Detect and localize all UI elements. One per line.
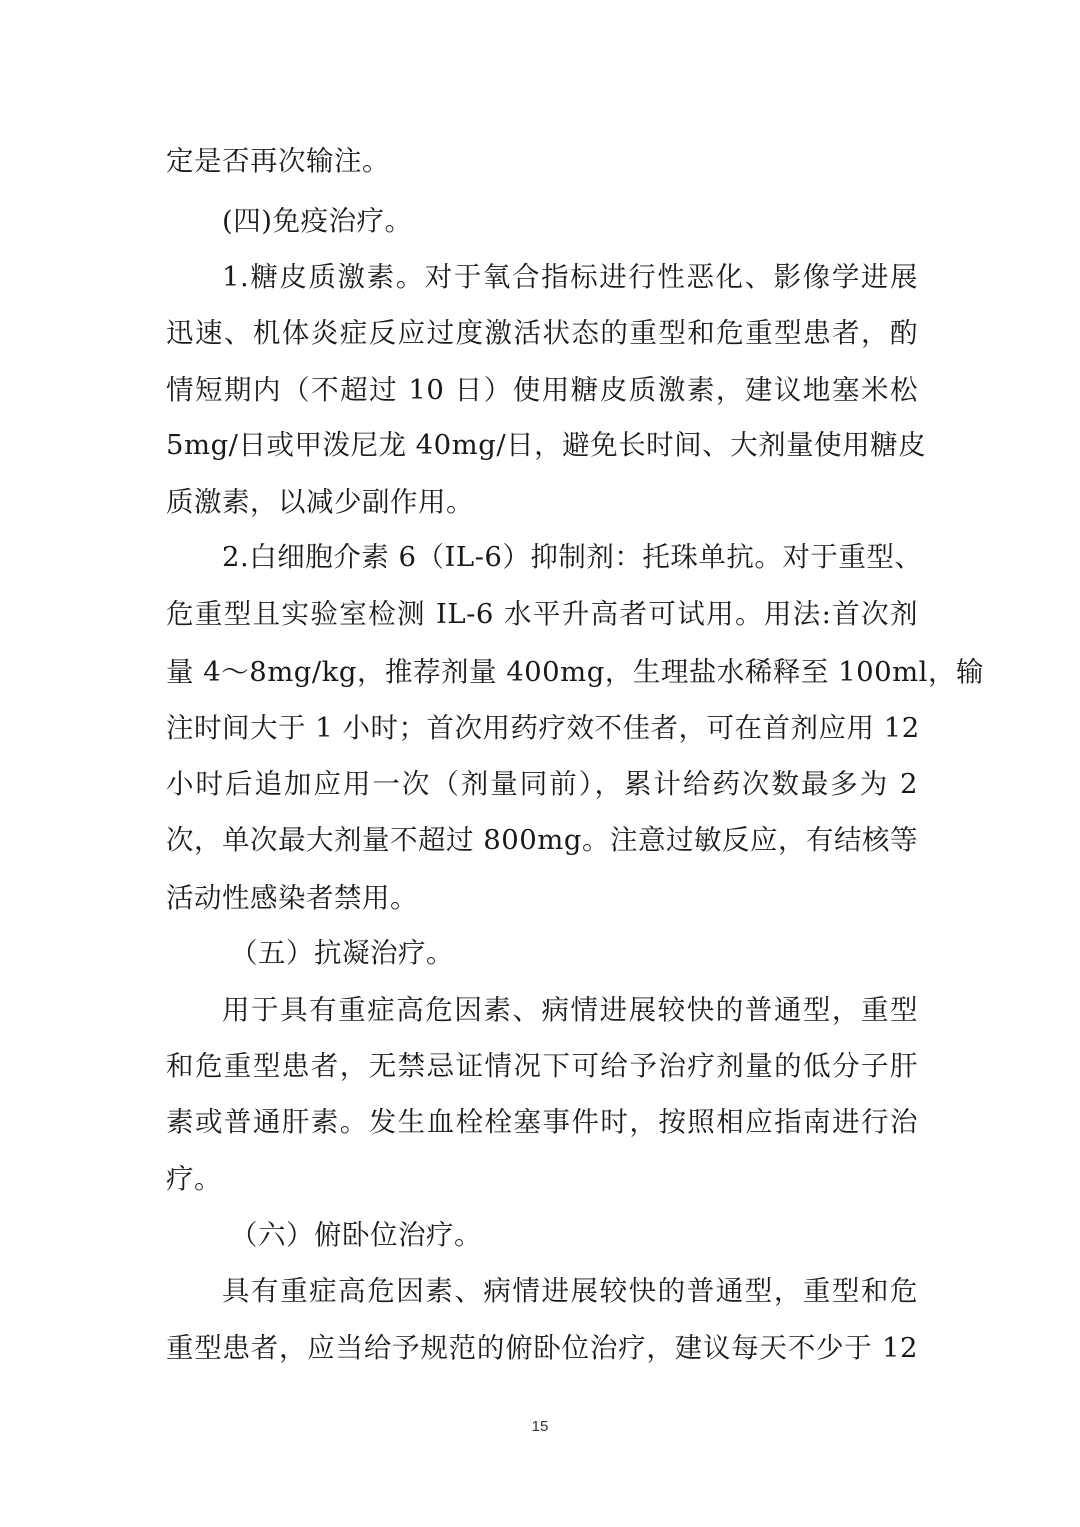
section-heading-anticoagulation: （五）抗凝治疗。 [230,935,918,971]
paragraph-line-il6-5: 小时后追加应用一次（剂量同前），累计给药次数最多为 2 [166,766,918,802]
paragraph-line-glucocorticoid-3: 情短期内（不超过 10 日）使用糖皮质激素，建议地塞米松 [166,372,918,408]
paragraph-line-glucocorticoid-1: 1.糖皮质激素。对于氧合指标进行性恶化、影像学进展 [222,259,918,295]
paragraph-line-anticoagulation-1: 用于具有重症高危因素、病情进展较快的普通型，重型 [222,992,918,1028]
paragraph-line-il6-2: 危重型且实验室检测 IL-6 水平升高者可试用。用法:首次剂 [166,596,918,632]
section-heading-immunotherapy: (四)免疫治疗。 [222,203,918,239]
document-page: 定是否再次输注。 (四)免疫治疗。 1.糖皮质激素。对于氧合指标进行性恶化、影像… [0,0,1080,1527]
paragraph-line-il6-3: 量 4～8mg/kg，推荐剂量 400mg，生理盐水稀释至 100ml，输 [166,654,918,690]
paragraph-line-il6-6: 次，单次最大剂量不超过 800mg。注意过敏反应，有结核等 [166,822,918,858]
paragraph-line-continuation: 定是否再次输注。 [166,143,918,179]
paragraph-line-glucocorticoid-4: 5mg/日或甲泼尼龙 40mg/日，避免长时间、大剂量使用糖皮 [166,427,918,463]
page-number: 15 [0,1418,1080,1435]
paragraph-line-prone-2: 重型患者，应当给予规范的俯卧位治疗，建议每天不少于 12 [166,1330,918,1366]
paragraph-line-anticoagulation-4: 疗。 [166,1161,918,1197]
paragraph-line-anticoagulation-2: 和危重型患者，无禁忌证情况下可给予治疗剂量的低分子肝 [166,1048,918,1084]
paragraph-line-prone-1: 具有重症高危因素、病情进展较快的普通型，重型和危 [222,1273,918,1309]
paragraph-line-il6-4: 注时间大于 1 小时；首次用药疗效不佳者，可在首剂应用 12 [166,710,918,746]
paragraph-line-glucocorticoid-5: 质激素，以减少副作用。 [166,484,918,520]
paragraph-line-glucocorticoid-2: 迅速、机体炎症反应过度激活状态的重型和危重型患者，酌 [166,315,918,351]
section-heading-prone-position: （六）俯卧位治疗。 [230,1217,918,1253]
paragraph-line-il6-1: 2.白细胞介素 6（IL-6）抑制剂：托珠单抗。对于重型、 [222,539,918,575]
paragraph-line-anticoagulation-3: 素或普通肝素。发生血栓栓塞事件时，按照相应指南进行治 [166,1104,918,1140]
paragraph-line-il6-7: 活动性感染者禁用。 [166,880,918,916]
